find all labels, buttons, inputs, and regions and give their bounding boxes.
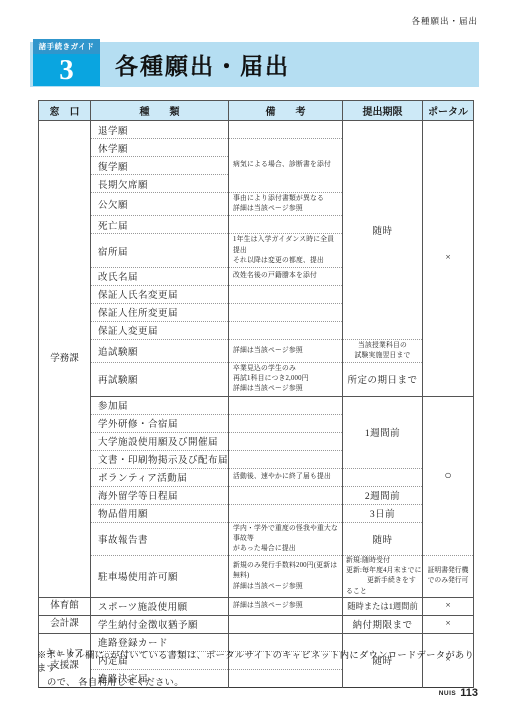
remarks-cell [229,486,343,504]
remarks-cell: 活動後、速やかに終了届も提出 [229,468,343,486]
type-cell: 保証人氏名変更届 [91,285,229,303]
remarks-cell [229,633,343,651]
type-cell: 駐車場使用許可願 [91,556,229,598]
deadline-cell: 随時 [343,121,423,340]
deadline-cell: 納付期限まで [343,615,423,633]
office-cell: 会計課 [39,615,91,633]
remarks-cell [229,321,343,339]
requests-table: 窓 口 種 類 備 考 提出期限 ポータル 学務課 退学願 随時 × 休学願 [38,100,473,688]
deadline-cell: 3日前 [343,504,423,522]
table-row: 体育館 スポーツ施設使用願 詳細は当該ページ参照 随時または1週間前 × [39,597,474,615]
guide-label: 諸手続きガイド [33,39,100,54]
remarks-cell [229,396,343,414]
type-cell: 休学願 [91,139,229,157]
table-row: 海外留学等日程届 2週間前 [39,486,474,504]
remarks-cell [229,303,343,321]
type-cell: 宿所届 [91,234,229,268]
table-row: キャリア 支援課 進路登録カード 随時 × [39,633,474,651]
deadline-cell: 随時または1週間前 [343,597,423,615]
portal-note-line2: ので、 各自利用してください。 [37,677,479,690]
remarks-cell: 事由により添付書類が異なる 詳細は当該ページ参照 [229,193,343,216]
page-title: 各種願出・届出 [115,42,290,87]
remarks-cell [229,414,343,432]
remarks-cell: 1年生は入学ガイダンス時に全員提出 それ以降は変更の都度、提出 [229,234,343,268]
table-row: 事故報告書 学内・学外で重度の怪我や重大な事故等 があった場合に提出 随時 [39,522,474,556]
page-footer: NUIS 113 [439,687,478,699]
running-head: 各種願出・届出 [411,15,478,27]
type-cell: 復学願 [91,157,229,175]
col-header-portal: ポータル [423,101,474,121]
remarks-cell: 詳細は当該ページ参照 [229,339,343,362]
guide-number-box: 諸手続きガイド 3 [33,39,100,86]
nuis-logo: NUIS [439,690,457,697]
col-header-remarks: 備 考 [229,101,343,121]
type-cell: 進路登録カード [91,633,229,651]
portal-cell: × [423,121,474,397]
type-cell: 死亡届 [91,216,229,234]
type-cell: 物品借用願 [91,504,229,522]
remarks-cell: 改姓名後の戸籍謄本を添付 [229,267,343,285]
deadline-cell [343,468,423,486]
guide-number: 3 [33,54,100,86]
deadline-cell: 所定の期日まで [343,362,423,396]
type-cell: 学外研修・合宿届 [91,414,229,432]
col-header-window: 窓 口 [39,101,91,121]
page-number: 113 [460,687,478,699]
deadline-cell: 随時 [343,522,423,556]
remarks-cell [229,121,343,139]
remarks-cell: 病気による場合、診断書を添付 [229,139,343,193]
section-banner: 諸手続きガイド 3 各種願出・届出 [30,42,479,87]
remarks-cell: 新規のみ発行手数料200円(更新は無料) 詳細は当該ページ参照 [229,556,343,598]
header-row: 窓 口 種 類 備 考 提出期限 ポータル [39,101,474,121]
type-cell: 保証人住所変更届 [91,303,229,321]
portal-cell: 証明書発行機 でのみ発行可 [423,556,474,598]
deadline-cell: 新規:随時受付 更新:毎年度4月末までに 更新手続きをすること [343,556,423,598]
type-cell: 海外留学等日程届 [91,486,229,504]
table-row: ボランティア活動届 活動後、速やかに終了届も提出 [39,468,474,486]
type-cell: 大学施設使用願及び開催届 [91,432,229,450]
type-cell: 退学願 [91,121,229,139]
office-cell: 学務課 [39,121,91,598]
type-cell: 再試験願 [91,362,229,396]
document-page: 各種願出・届出 諸手続きガイド 3 各種願出・届出 窓 口 種 類 備 考 提出… [0,0,509,720]
portal-cell: × [423,615,474,633]
deadline-cell: 2週間前 [343,486,423,504]
remarks-cell: 詳細は当該ページ参照 [229,597,343,615]
remarks-cell [229,504,343,522]
portal-cell: × [423,597,474,615]
remarks-cell [229,216,343,234]
type-cell: 学生納付金徴収猶予願 [91,615,229,633]
type-cell: 長期欠席願 [91,175,229,193]
type-cell: 参加届 [91,396,229,414]
type-cell: 追試験願 [91,339,229,362]
table-row: 学務課 退学願 随時 × [39,121,474,139]
portal-note: ※ポータル欄に○が付いている書類は、ポータルサイトのキャビネット内にダウンロード… [37,650,479,690]
table-row: 駐車場使用許可願 新規のみ発行手数料200円(更新は無料) 詳細は当該ページ参照… [39,556,474,598]
deadline-cell: 当該授業科目の 試験実施翌日まで [343,339,423,362]
remarks-cell [229,615,343,633]
portal-note-line1: ※ポータル欄に○が付いている書類は、ポータルサイトのキャビネット内にダウンロード… [37,650,479,677]
type-cell: 改氏名届 [91,267,229,285]
remarks-cell [229,432,343,450]
table-row: 再試験願 卒業見込の学生のみ 再試1科目につき2,000円 詳細は当該ページ参照… [39,362,474,396]
remarks-cell: 卒業見込の学生のみ 再試1科目につき2,000円 詳細は当該ページ参照 [229,362,343,396]
deadline-cell: 1週間前 [343,396,423,468]
remarks-cell [229,285,343,303]
table-row: 参加届 1週間前 ○ [39,396,474,414]
type-cell: スポーツ施設使用願 [91,597,229,615]
portal-cell: ○ [423,396,474,556]
table-row: 追試験願 詳細は当該ページ参照 当該授業科目の 試験実施翌日まで [39,339,474,362]
office-cell: 体育館 [39,597,91,615]
table-row: 会計課 学生納付金徴収猶予願 納付期限まで × [39,615,474,633]
col-header-type: 種 類 [91,101,229,121]
table-row: 物品借用願 3日前 [39,504,474,522]
requests-table-grid: 窓 口 種 類 備 考 提出期限 ポータル 学務課 退学願 随時 × 休学願 [38,100,474,688]
type-cell: 文書・印刷物掲示及び配布届 [91,450,229,468]
type-cell: 保証人変更届 [91,321,229,339]
type-cell: 公欠願 [91,193,229,216]
remarks-cell: 学内・学外で重度の怪我や重大な事故等 があった場合に提出 [229,522,343,556]
remarks-cell [229,450,343,468]
type-cell: 事故報告書 [91,522,229,556]
type-cell: ボランティア活動届 [91,468,229,486]
col-header-deadline: 提出期限 [343,101,423,121]
